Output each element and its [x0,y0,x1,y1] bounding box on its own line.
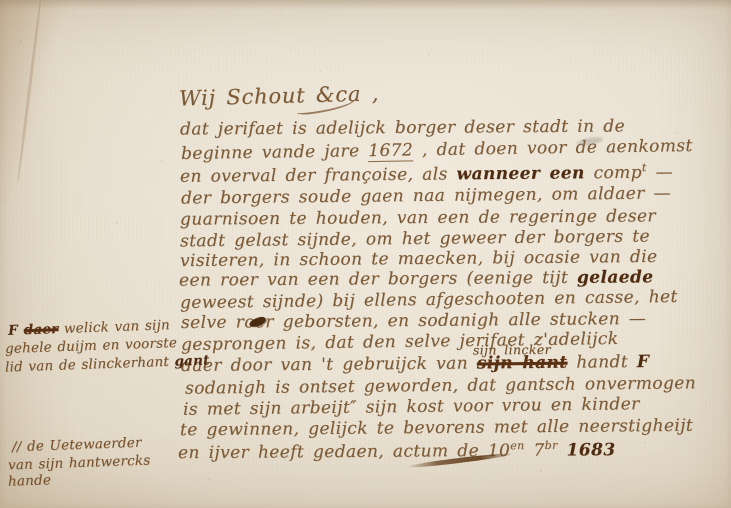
manuscript-line: daer door van 't gebruijck van sijn hant… [181,352,649,376]
line-text: een roer van een der borgers (eenige tij… [179,268,577,291]
manuscript-line: dat jerifaet is adelijck borger deser st… [180,116,625,139]
foxing-spots [20,40,22,42]
insertion-mark-f: F [8,322,24,339]
overwritten-word: gelaede [577,267,654,288]
underlined-year-1672: 1672 [368,140,413,162]
struck-through-word: daer [23,321,58,338]
manuscript-line: guarnisoen te houden, van een de regerin… [180,206,656,229]
overwritten-words: wanneer een [456,163,584,184]
superscript: en [510,439,524,452]
line-text: beginne vande jare [181,141,369,164]
line-text: handt [567,352,637,373]
line-text [558,440,567,460]
line-text: comp [585,163,642,183]
superscript: br [545,439,558,452]
manuscript-photo: Wij Schout &ca , dat jerifaet is adelijc… [0,0,731,508]
margin-note-2-line: hande [8,472,52,489]
line-text: 7 [525,441,545,461]
date-line: en ijver heeft gedaen, actum de 10en 7br… [178,438,616,463]
paper-edge-shadow [0,0,731,10]
line-text: daer door van 't gebruijck van [181,353,477,376]
insertion-mark-f: F [637,352,650,372]
year-1683: 1683 [567,440,616,460]
line-text: — [647,163,673,183]
interlinear-insertion: sijn lincker [473,342,551,358]
line-text: en overval der françoise, als [180,164,457,186]
overwritten-word: gant [174,352,210,369]
manuscript-line: en overval der françoise, als wanneer ee… [180,161,673,187]
